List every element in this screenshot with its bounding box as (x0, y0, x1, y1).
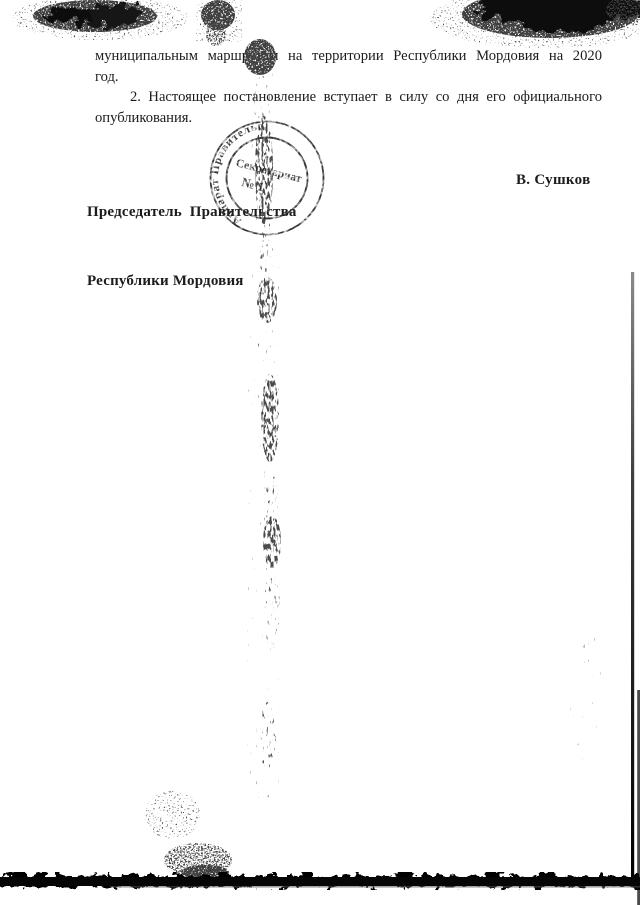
scan-line-right-edge (631, 272, 634, 877)
paragraph-line-4: опубликования. (95, 108, 602, 129)
scan-smudge-bottom-left (144, 791, 232, 879)
signer-title-line-1: Председатель Правительства (87, 201, 297, 224)
document-paragraphs: муниципальным маршрутам на территории Ре… (95, 46, 602, 128)
signer-title-line-2: Республики Мордовия (87, 270, 297, 293)
scan-speckles-right (570, 615, 610, 765)
paragraph-line-3: 2. Настоящее постановление вступает в си… (95, 87, 602, 108)
scanned-document-page: муниципальным маршрутам на территории Ре… (0, 0, 640, 905)
scan-blob-top-left (12, 0, 188, 40)
scan-artifacts-and-stamp-overlay: Аппарат Правительства Республики Мордови… (0, 0, 640, 905)
paragraph-line-2: год. (95, 67, 602, 88)
scan-bar-bottom (0, 876, 640, 888)
signer-name: В. Сушков (516, 172, 591, 189)
signer-title: Председатель Правительства Республики Мо… (87, 155, 297, 339)
scan-smudge-top-center (196, 0, 242, 46)
scan-blob-top-right (430, 0, 640, 48)
paragraph-line-1: муниципальным маршрутам на территории Ре… (95, 46, 602, 67)
